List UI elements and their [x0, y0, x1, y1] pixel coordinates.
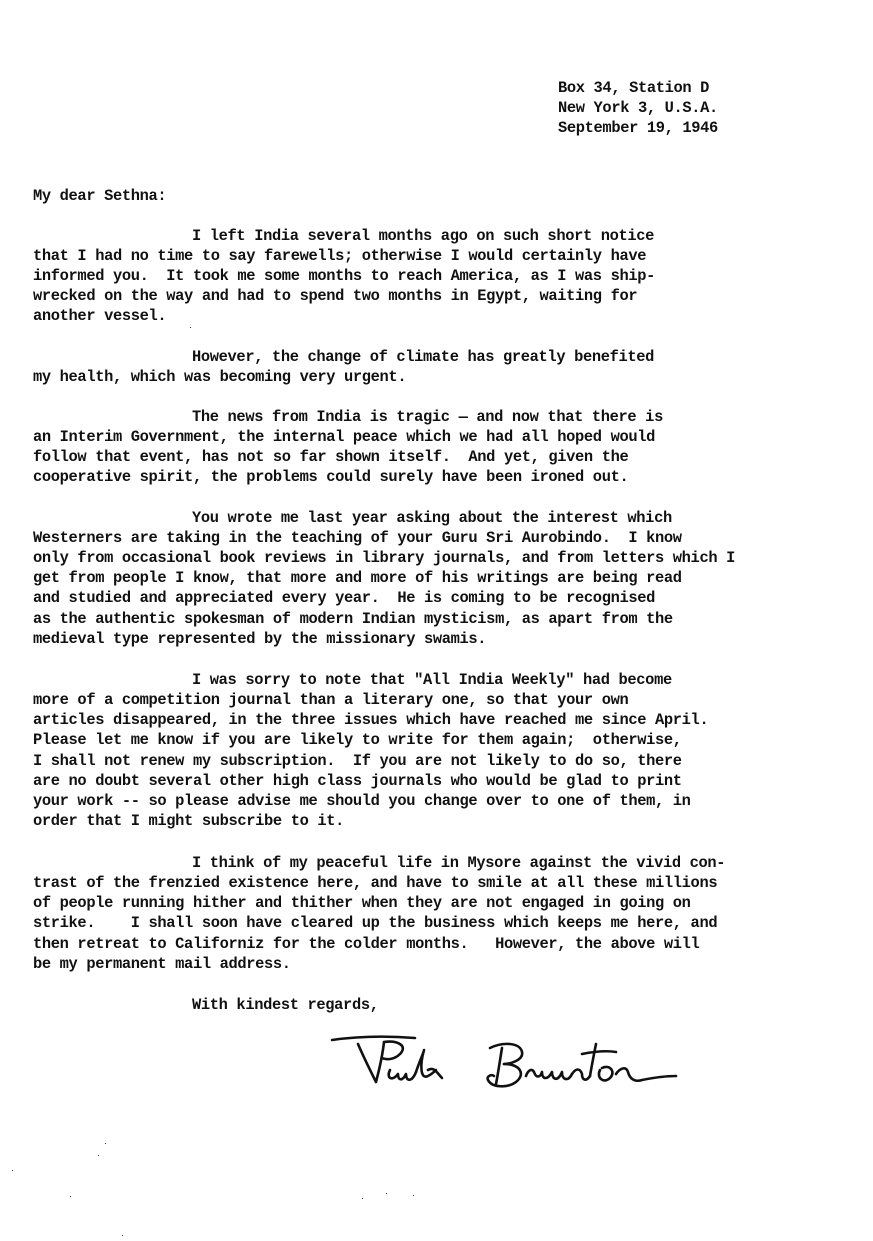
scan-speck — [12, 1170, 13, 1171]
paragraph-line: I think of my peaceful life in Mysore ag… — [192, 853, 725, 873]
paragraph-line: I left India several months ago on such … — [192, 226, 654, 246]
paragraph-line: articles disappeared, in the three issue… — [33, 710, 708, 730]
scan-speck — [122, 1235, 123, 1236]
scan-speck — [413, 1195, 414, 1196]
paragraph-line: an Interim Government, the internal peac… — [33, 427, 655, 447]
paragraph-line: You wrote me last year asking about the … — [192, 508, 672, 528]
paragraph-line: However, the change of climate has great… — [192, 347, 654, 367]
signature-icon — [320, 1030, 680, 1100]
scan-speck — [98, 1155, 99, 1156]
scan-speck — [190, 327, 191, 328]
paragraph-line: informed you. It took me some months to … — [33, 266, 655, 286]
paragraph-line: get from people I know, that more and mo… — [33, 568, 682, 588]
paragraph-line: be my permanent mail address. — [33, 954, 291, 974]
paragraph-line: more of a competition journal than a lit… — [33, 690, 628, 710]
scan-speck — [105, 1143, 106, 1144]
paragraph-line: and studied and appreciated every year. … — [33, 588, 655, 608]
paragraph-line: another vessel. — [33, 306, 166, 326]
paragraph-line: your work -- so please advise me should … — [33, 791, 691, 811]
paragraph-line: order that I might subscribe to it. — [33, 811, 344, 831]
paragraph-line: The news from India is tragic — and now … — [192, 407, 663, 427]
address-line: Box 34, Station D — [558, 78, 709, 98]
paragraph-line: trast of the frenzied existence here, an… — [33, 873, 717, 893]
letter-page: Box 34, Station D New York 3, U.S.A. Sep… — [0, 0, 873, 1241]
scan-speck — [70, 1196, 71, 1197]
closing: With kindest regards, — [192, 995, 379, 1015]
paragraph-line: follow that event, has not so far shown … — [33, 447, 628, 467]
paragraph-line: Please let me know if you are likely to … — [33, 730, 682, 750]
paragraph-line: only from occasional book reviews in lib… — [33, 548, 735, 568]
scan-speck — [386, 1193, 387, 1194]
paragraph-line: wrecked on the way and had to spend two … — [33, 286, 637, 306]
paragraph-line: of people running hither and thither whe… — [33, 893, 691, 913]
letter-date: September 19, 1946 — [558, 118, 718, 138]
paragraph-line: are no doubt several other high class jo… — [33, 771, 682, 791]
paragraph-line: cooperative spirit, the problems could s… — [33, 467, 628, 487]
paragraph-line: then retreat to Californiz for the colde… — [33, 934, 699, 954]
paragraph-line: that I had no time to say farewells; oth… — [33, 246, 646, 266]
address-line: New York 3, U.S.A. — [558, 98, 718, 118]
scan-speck — [362, 1198, 363, 1199]
paragraph-line: I was sorry to note that "All India Week… — [192, 670, 672, 690]
salutation: My dear Sethna: — [33, 186, 166, 206]
paragraph-line: Westerners are taking in the teaching of… — [33, 528, 682, 548]
paragraph-line: strike. I shall soon have cleared up the… — [33, 913, 717, 933]
paragraph-line: medieval type represented by the mission… — [33, 629, 486, 649]
paragraph-line: as the authentic spokesman of modern Ind… — [33, 609, 673, 629]
paragraph-line: I shall not renew my subscription. If yo… — [33, 751, 682, 771]
paragraph-line: my health, which was becoming very urgen… — [33, 367, 406, 387]
